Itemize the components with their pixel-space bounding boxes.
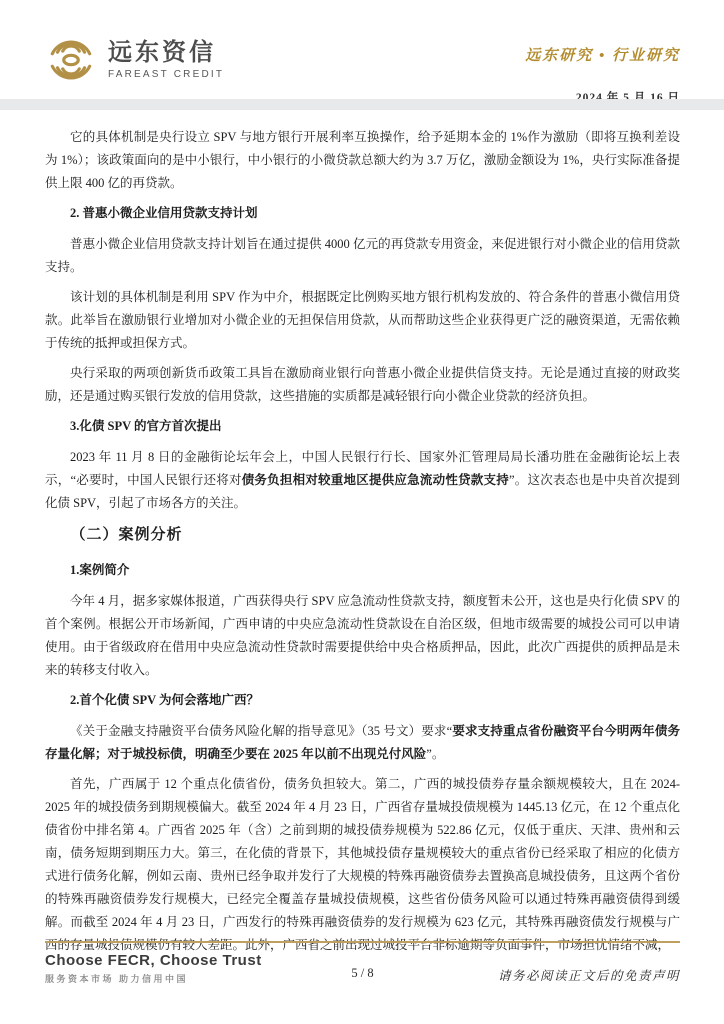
body-paragraph: 普惠小微企业信用贷款支持计划旨在通过提供 4000 亿元的再贷款专用资金，来促进… <box>45 233 680 279</box>
logo-company-name-en: FAREAST CREDIT <box>108 69 224 80</box>
text-run: 1.案例简介 <box>70 563 129 577</box>
logo-company-name: 远东资信 <box>108 40 224 66</box>
text-run: 央行采取的两项创新货币政策工具旨在激励商业银行向普惠小微企业提供信贷支持。无论是… <box>45 366 680 403</box>
document-body: 它的具体机制是央行设立 SPV 与地方银行开展利率互换操作，给予延期本金的 1%… <box>45 126 680 964</box>
text-run: 该计划的具体机制是利用 SPV 作为中介，根据既定比例购买地方银行机构发放的、符… <box>45 290 680 350</box>
text-run: 2. 普惠小微企业信用贷款支持计划 <box>70 206 258 220</box>
text-run: 今年 4 月，据多家媒体报道，广西获得央行 SPV 应急流动性贷款支持，额度暂未… <box>45 594 680 677</box>
report-category: 远东研究 • 行业研究 <box>525 44 680 65</box>
header: 远东资信 FAREAST CREDIT 远东研究 • 行业研究 2024 年 5… <box>45 34 680 105</box>
body-paragraph: 央行采取的两项创新货币政策工具旨在激励商业银行向普惠小微企业提供信贷支持。无论是… <box>45 362 680 408</box>
body-paragraph: 首先，广西属于 12 个重点化债省份，债务负担较大。第二，广西的城投债券存量余额… <box>45 773 680 957</box>
logo-text: 远东资信 FAREAST CREDIT <box>108 40 224 80</box>
text-run: 3.化债 SPV 的官方首次提出 <box>70 419 222 433</box>
text-run: 它的具体机制是央行设立 SPV 与地方银行开展利率互换操作，给予延期本金的 1%… <box>45 130 680 190</box>
body-paragraph: 它的具体机制是央行设立 SPV 与地方银行开展利率互换操作，给予延期本金的 1%… <box>45 126 680 195</box>
text-run: （二）案例分析 <box>71 527 183 543</box>
logo: 远东资信 FAREAST CREDIT <box>45 34 224 86</box>
text-run: 《关于金融支持融资平台债务风险化解的指导意见》（35 号文）要求“ <box>70 724 452 738</box>
subsection-heading: 1.案例简介 <box>45 559 680 582</box>
text-run: ”。 <box>426 747 444 761</box>
footer-disclaimer: 请务必阅读正文后的免责声明 <box>498 966 680 984</box>
body-paragraph: 今年 4 月，据多家媒体报道，广西获得央行 SPV 应急流动性贷款支持，额度暂未… <box>45 590 680 682</box>
header-divider-band <box>0 99 724 110</box>
body-paragraph: 《关于金融支持融资平台债务风险化解的指导意见》（35 号文）要求“要求支持重点省… <box>45 720 680 766</box>
subsection-heading: 2.首个化债 SPV 为何会落地广西？ <box>45 689 680 712</box>
body-paragraph: 2023 年 11 月 8 日的金融街论坛年会上，中国人民银行行长、国家外汇管理… <box>45 446 680 515</box>
footer-divider <box>45 941 680 943</box>
subsection-heading: 2. 普惠小微企业信用贷款支持计划 <box>45 202 680 225</box>
footer-right: 请务必阅读正文后的免责声明 <box>403 952 681 985</box>
text-run: 首先，广西属于 12 个重点化债省份，债务负担较大。第二，广西的城投债券存量余额… <box>45 777 680 952</box>
subsection-heading: 3.化债 SPV 的官方首次提出 <box>45 415 680 438</box>
text-run: 普惠小微企业信用贷款支持计划旨在通过提供 4000 亿元的再贷款专用资金，来促进… <box>45 237 680 274</box>
page-number: 5 / 8 <box>323 966 403 981</box>
footer-slogan-cn: 服务资本市场 助力信用中国 <box>45 972 323 985</box>
section-heading: （二）案例分析 <box>45 524 680 547</box>
header-right: 远东研究 • 行业研究 2024 年 5 月 16 日 <box>525 34 680 105</box>
footer: Choose FECR, Choose Trust 服务资本市场 助力信用中国 … <box>45 952 680 985</box>
text-run: 2.首个化债 SPV 为何会落地广西？ <box>70 693 259 707</box>
body-paragraph: 该计划的具体机制是利用 SPV 作为中介，根据既定比例购买地方银行机构发放的、符… <box>45 286 680 355</box>
emphasis-text: 债务负担相对较重地区提供应急流动性贷款支持 <box>242 473 509 487</box>
footer-slogan: Choose FECR, Choose Trust 服务资本市场 助力信用中国 <box>45 952 323 985</box>
fareast-credit-logo-icon <box>45 34 97 86</box>
footer-slogan-en: Choose FECR, Choose Trust <box>45 952 323 969</box>
report-page: 远东资信 FAREAST CREDIT 远东研究 • 行业研究 2024 年 5… <box>0 0 724 1024</box>
